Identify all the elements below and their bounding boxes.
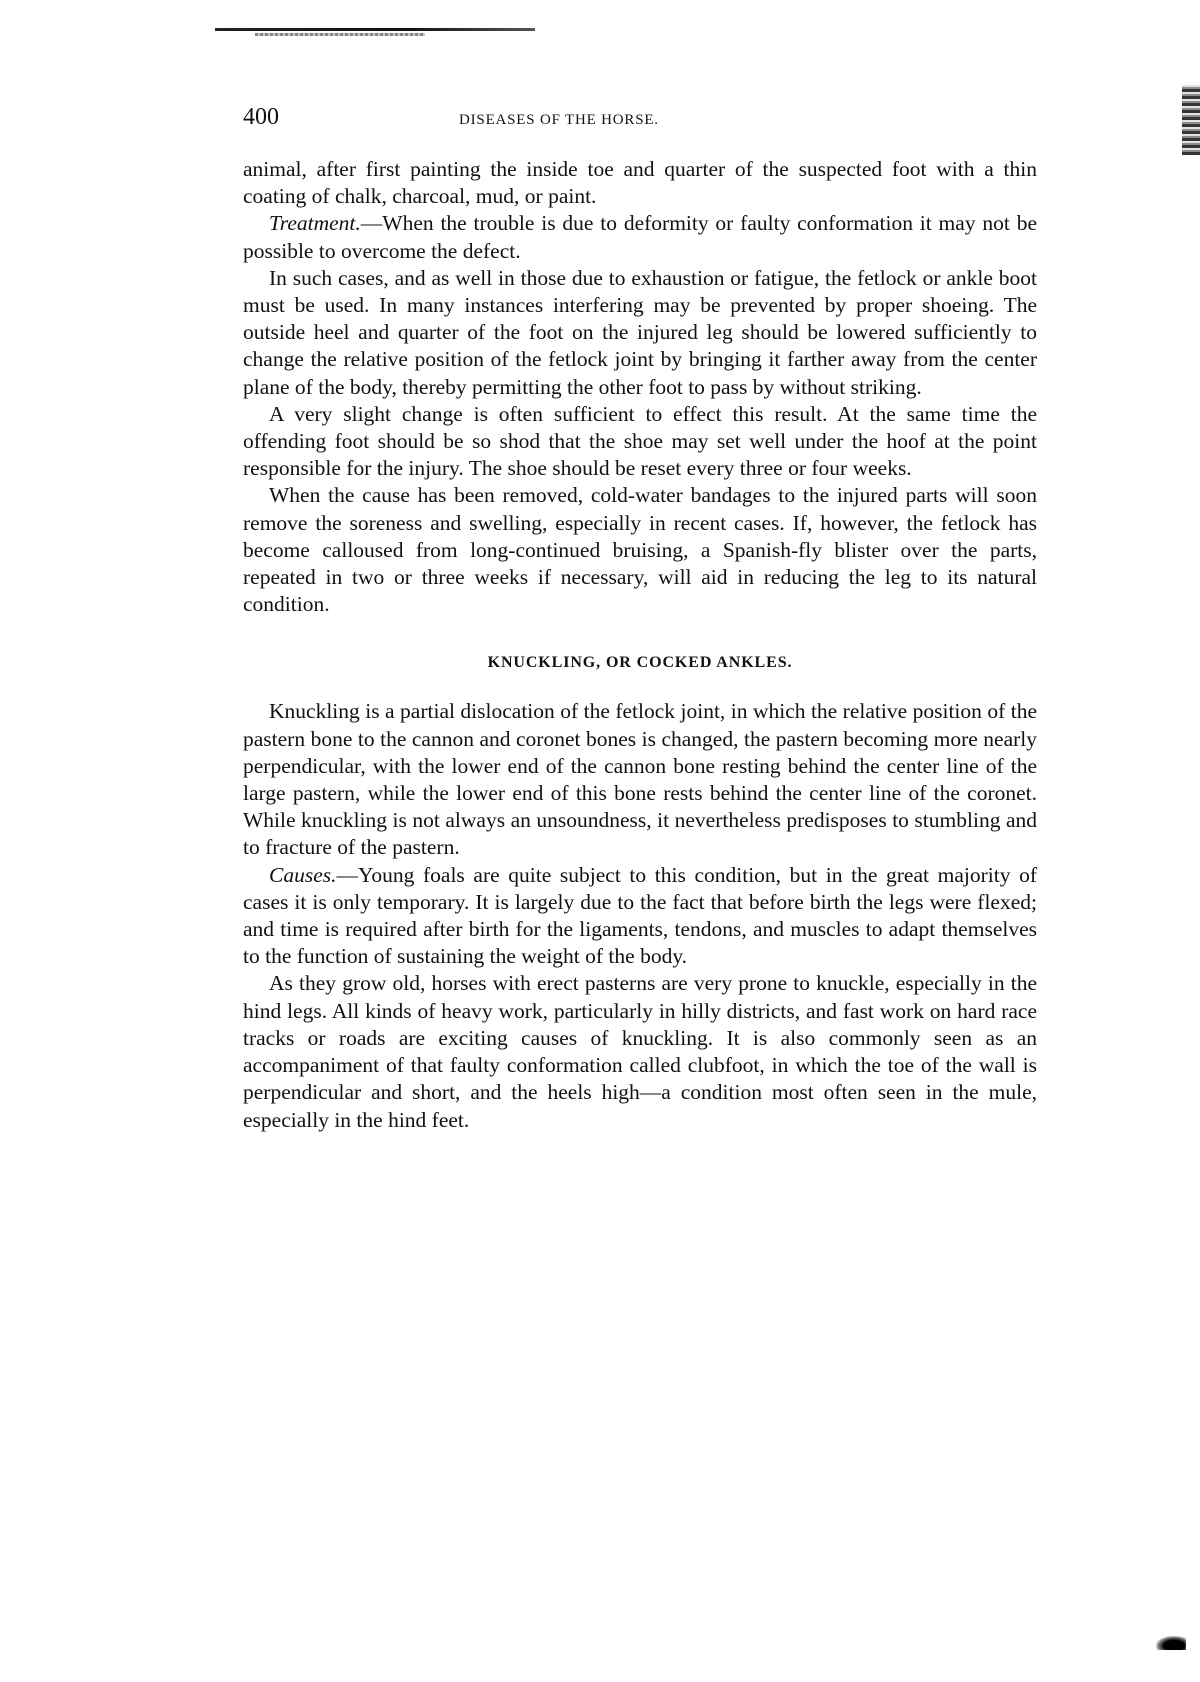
paragraph: As they grow old, horses with erect past… [243,970,1037,1133]
book-page: 400 DISEASES OF THE HORSE. animal, after… [243,104,1037,1134]
scan-artifact-rule [215,28,535,31]
paragraph-continuation: animal, after first painting the inside … [243,156,1037,210]
scan-artifact-edge [1182,85,1200,155]
paragraph: When the cause has been removed, cold-wa… [243,482,1037,618]
scan-artifact-corner [1156,1636,1186,1650]
running-head: DISEASES OF THE HORSE. [459,112,659,129]
paragraph: A very slight change is often sufficient… [243,401,1037,483]
paragraph-lead-italic: Causes. [269,863,337,887]
page-number: 400 [243,104,459,131]
section-heading: KNUCKLING, OR COCKED ANKLES. [243,654,1037,672]
paragraph-lead-italic: Treatment. [269,211,361,235]
paragraph: In such cases, and as well in those due … [243,265,1037,401]
paragraph-treatment: Treatment.—When the trouble is due to de… [243,210,1037,264]
paragraph: Knuckling is a partial dislocation of th… [243,698,1037,861]
paragraph-causes: Causes.—Young foals are quite subject to… [243,862,1037,971]
page-header: 400 DISEASES OF THE HORSE. [243,104,1037,142]
scan-artifact-rule-shadow [255,33,425,36]
